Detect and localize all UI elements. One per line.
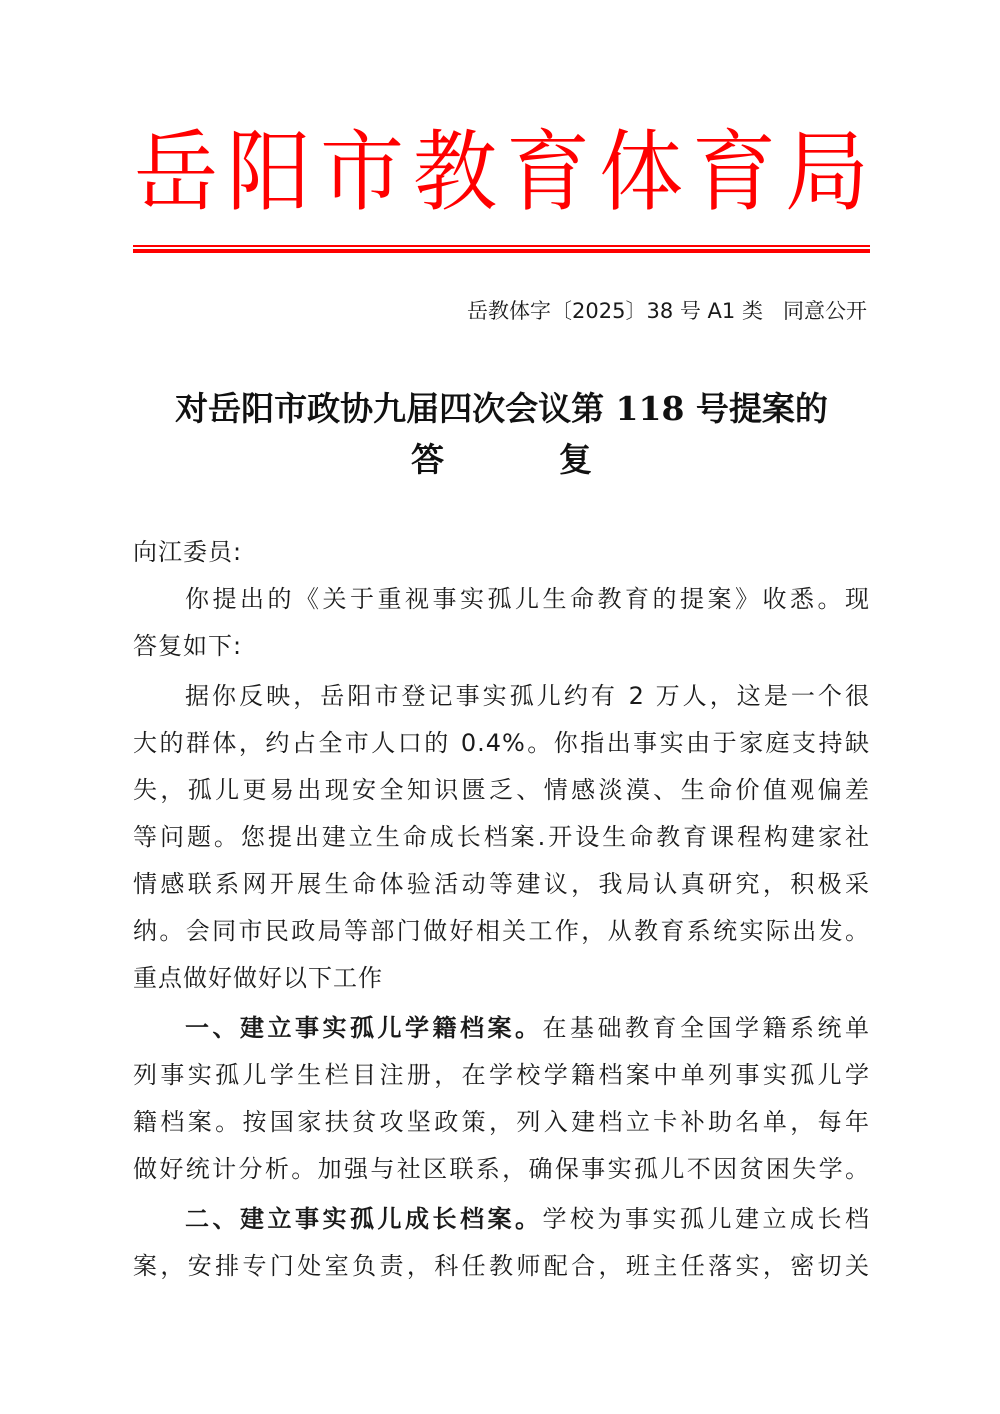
salutation: 向江委员:	[133, 529, 870, 575]
paragraph-line: 等问题。您提出建立生命成长档案.开设生命教育课程构建家社	[133, 814, 870, 860]
paragraph-line: 大的群体，约占全市人口的 0.4%。你指出事实由于家庭支持缺	[133, 720, 870, 766]
paragraph-line: 你提出的《关于重视事实孤儿生命教育的提案》收悉。现	[133, 576, 870, 622]
red-rule-thin	[133, 245, 870, 247]
section-heading-line: 一、建立事实孤儿学籍档案。在基础教育全国学籍系统单	[133, 1005, 870, 1051]
masthead-char: 教	[412, 120, 498, 225]
masthead-char: 局	[784, 120, 870, 225]
section-heading-line: 二、建立事实孤儿成长档案。学校为事实孤儿建立成长档	[133, 1196, 870, 1242]
masthead-char: 阳	[226, 120, 312, 225]
document-number: 岳教体字〔2025〕38 号 A1 类 同意公开	[467, 296, 867, 326]
section-heading: 一、建立事实孤儿学籍档案。	[185, 1013, 543, 1042]
paragraph-line: 据你反映，岳阳市登记事实孤儿约有 2 万人，这是一个很	[133, 673, 870, 719]
masthead-char: 市	[319, 120, 405, 225]
paragraph-line: 案，安排专门处室负责，科任教师配合，班主任落实，密切关	[133, 1243, 870, 1289]
red-rule-thick	[133, 249, 870, 253]
section-text: 学校为事实孤儿建立成长档	[543, 1205, 871, 1233]
document-title-line1: 对岳阳市政协九届四次会议第 118 号提案的	[133, 387, 870, 431]
paragraph-line: 重点做好做好以下工作	[133, 955, 870, 1001]
masthead-char: 育	[505, 120, 591, 225]
paragraph-line: 纳。会同市民政局等部门做好相关工作，从教育系统实际出发。	[133, 908, 870, 954]
masthead-char: 岳	[133, 120, 219, 225]
paragraph-line: 籍档案。按国家扶贫攻坚政策，列入建档立卡补助名单，每年	[133, 1099, 870, 1145]
paragraph-line: 情感联系网开展生命体验活动等建议，我局认真研究，积极采	[133, 861, 870, 907]
masthead-title: 岳 阳 市 教 育 体 育 局	[133, 122, 870, 222]
masthead-char: 育	[691, 120, 777, 225]
paragraph-line: 做好统计分析。加强与社区联系，确保事实孤儿不因贫困失学。	[133, 1146, 870, 1192]
paragraph-line: 失，孤儿更易出现安全知识匮乏、情感淡漠、生命价值观偏差	[133, 767, 870, 813]
paragraph-line: 答复如下:	[133, 623, 870, 669]
paragraph-line: 列事实孤儿学生栏目注册，在学校学籍档案中单列事实孤儿学	[133, 1052, 870, 1098]
section-text: 在基础教育全国学籍系统单	[543, 1014, 871, 1042]
masthead-char: 体	[598, 120, 684, 225]
section-heading: 二、建立事实孤儿成长档案。	[185, 1204, 543, 1233]
document-title-line2: 答 复	[133, 438, 870, 482]
document-page: 岳 阳 市 教 育 体 育 局 岳教体字〔2025〕38 号 A1 类 同意公开…	[0, 0, 1000, 1414]
